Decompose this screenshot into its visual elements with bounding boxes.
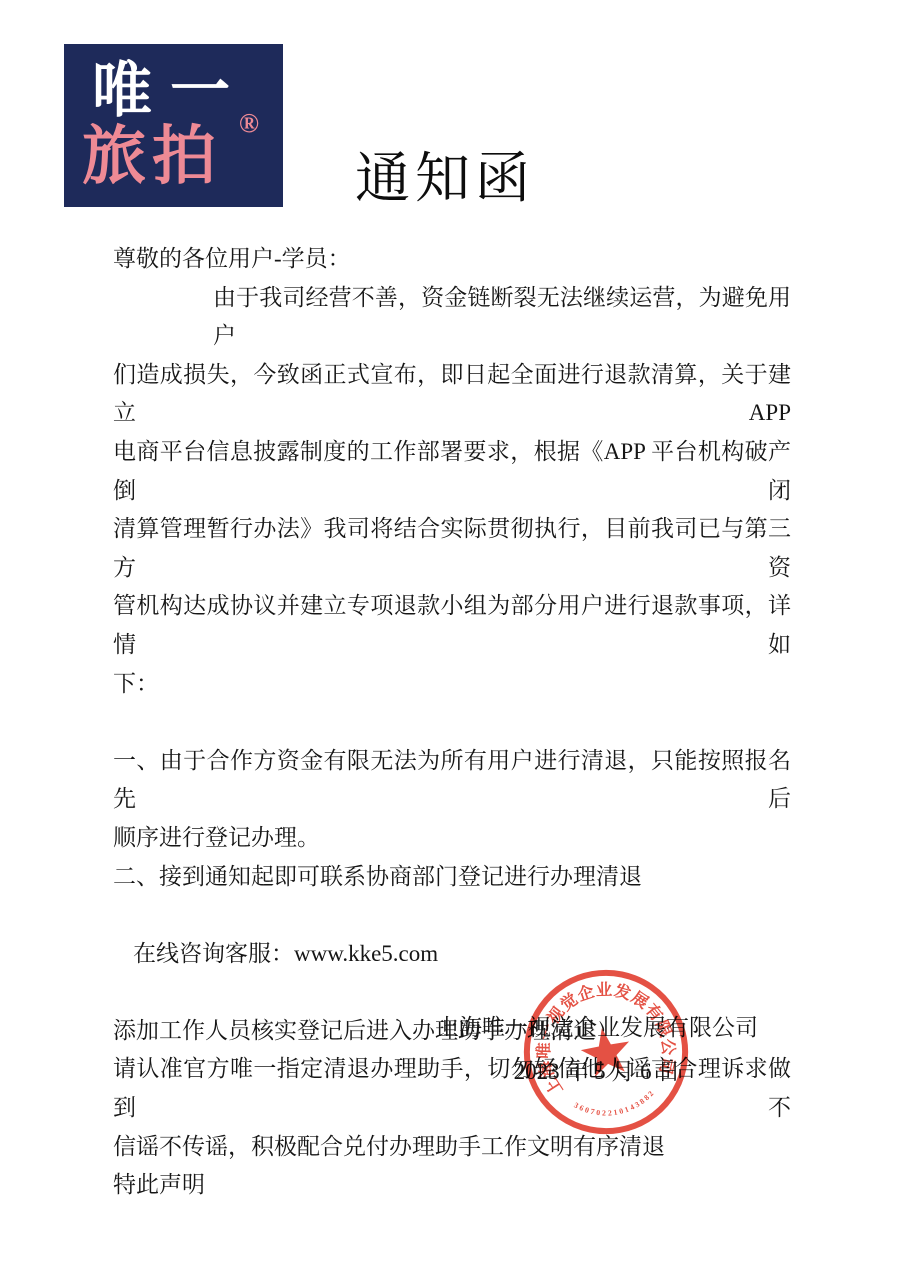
- page-title: 通知函: [0, 146, 890, 212]
- paragraph1-line1: 由于我司经营不善，资金链断裂无法继续运营，为避免用户: [113, 279, 791, 356]
- notice-letter-document: 唯一 旅拍 ® 通知函 尊敬的各位用户-学员： 由于我司经营不善，资金链断裂无法…: [0, 0, 904, 1280]
- customer-service-line: 在线咨询客服：www.kke5.com: [113, 935, 791, 974]
- company-name: 上海唯一视觉企业发展有限公司: [397, 1006, 797, 1050]
- list-item2-line: 二、接到通知起即可联系协商部门登记进行办理清退: [113, 858, 791, 897]
- registered-trademark-icon: ®: [239, 110, 259, 137]
- declaration-line: 特此声明: [113, 1166, 791, 1205]
- salutation-line: 尊敬的各位用户-学员：: [113, 240, 791, 279]
- paragraph1-line4: 清算管理暂行办法》我司将结合实际贯彻执行，目前我司已与第三方资: [113, 510, 791, 587]
- paragraph1-line2: 们造成损失，今致函正式宣布，即日起全面进行退款清算，关于建立 APP: [113, 356, 791, 433]
- paragraph1-line5: 管机构达成协议并建立专项退款小组为部分用户进行退款事项，详情如: [113, 587, 791, 664]
- signature-date: 2023 年 5 月 6 日: [397, 1050, 797, 1094]
- list-item1-line1: 一、由于合作方资金有限无法为所有用户进行清退，只能按照报名先后: [113, 742, 791, 819]
- paragraph1-line3: 电商平台信息披露制度的工作部署要求，根据《APP 平台机构破产倒闭: [113, 433, 791, 510]
- list-item1-line2: 顺序进行登记办理。: [113, 819, 791, 858]
- paragraph1-line6: 下：: [113, 665, 791, 704]
- signature-block: 上海唯一视觉企业发展有限公司 2023 年 5 月 6 日: [397, 1006, 797, 1094]
- logo-text-line1: 唯一: [92, 58, 248, 124]
- paragraph2-line3: 信谣不传谣，积极配合兑付办理助手工作文明有序清退: [113, 1128, 791, 1167]
